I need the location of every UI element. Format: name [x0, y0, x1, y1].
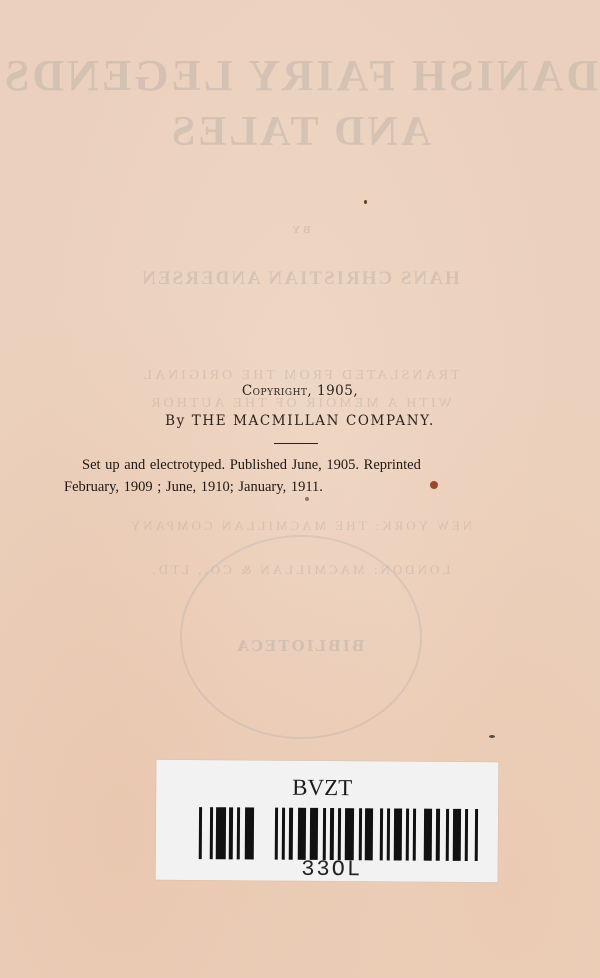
label-number: 33OL	[156, 856, 498, 883]
barcode	[199, 807, 484, 861]
divider-rule	[274, 443, 318, 444]
barcode-bar	[436, 809, 440, 861]
barcode-bar	[453, 809, 461, 861]
ink-spot	[430, 481, 438, 489]
barcode-bar	[229, 807, 233, 859]
book-page: DANISH FAIRY LEGENDS AND TALES BY HANS C…	[0, 0, 600, 978]
barcode-bar	[298, 808, 306, 860]
barcode-bar	[216, 807, 226, 859]
barcode-bar	[237, 807, 240, 859]
bleed-through-line-3: NEW YORK: THE MACMILLAN COMPANY	[0, 518, 600, 534]
barcode-bar	[387, 808, 390, 860]
copyright-notice: Copyright, 1905,	[0, 383, 600, 399]
bleed-through-author: HANS CHRISTIAN ANDERSEN	[0, 268, 600, 290]
barcode-bar	[475, 809, 478, 861]
label-code: BVZT	[156, 774, 498, 802]
publication-history: Set up and electrotyped. Published June,…	[64, 454, 534, 498]
barcode-bar	[394, 808, 402, 860]
barcode-bar	[413, 809, 416, 861]
bleed-through-title-line-2: AND TALES	[0, 108, 600, 156]
barcode-bar	[359, 808, 362, 860]
barcode-bar	[282, 808, 285, 860]
barcode-bar	[323, 808, 326, 860]
barcode-bar	[275, 808, 278, 860]
barcode-bar	[380, 808, 383, 860]
bleed-through-by: BY	[0, 224, 600, 236]
ink-spot	[364, 200, 367, 204]
barcode-bar	[338, 808, 341, 860]
barcode-bar	[289, 808, 293, 860]
barcode-bar	[199, 807, 202, 859]
barcode-bar	[465, 809, 468, 861]
publication-history-line-2: February, 1909 ; June, 1910; January, 19…	[64, 476, 534, 498]
barcode-bar	[365, 808, 373, 860]
bleed-through-line-1: TRANSLATED FROM THE ORIGINAL	[0, 368, 600, 384]
library-stamp-text: BIBLIOTECA	[0, 637, 600, 655]
publication-history-line-1: Set up and electrotyped. Published June,…	[64, 454, 534, 476]
barcode-bar	[210, 807, 213, 859]
barcode-bar	[345, 808, 354, 860]
barcode-bar	[310, 808, 318, 860]
barcode-bar	[446, 809, 449, 861]
barcode-bar	[406, 809, 409, 861]
ink-spot	[489, 735, 495, 738]
ink-spot	[305, 497, 309, 501]
library-barcode-label: BVZT 33OL	[156, 760, 499, 882]
bleed-through-title-line-1: DANISH FAIRY LEGENDS	[0, 50, 600, 101]
publisher-line: By THE MACMILLAN COMPANY.	[0, 413, 600, 429]
barcode-bar	[330, 808, 334, 860]
barcode-bar	[245, 807, 254, 859]
barcode-bar	[424, 809, 432, 861]
